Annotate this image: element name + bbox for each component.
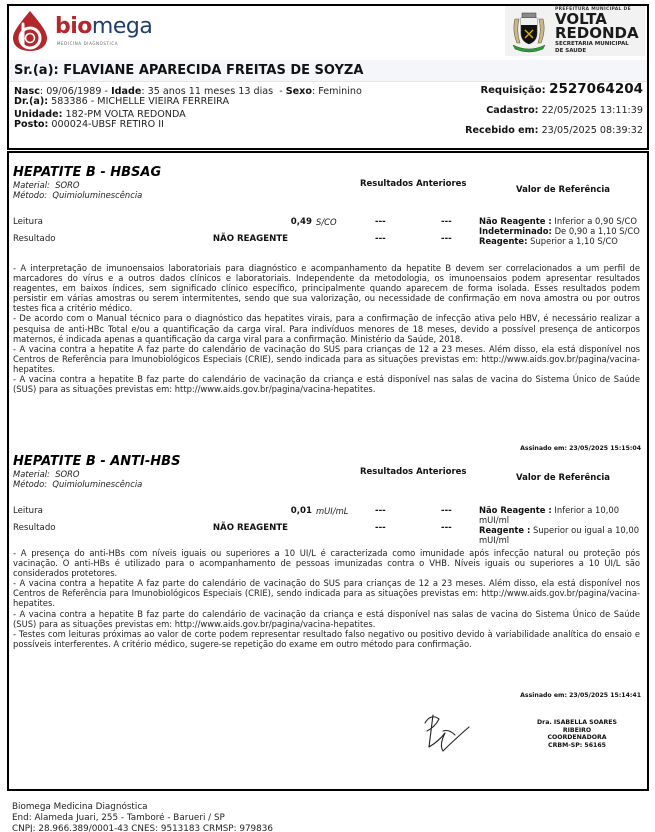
reference-values: Não Reagente : Inferior a 0,90 S/CO Inde… [479, 216, 647, 246]
reference-item: Não Reagente : Inferior a 10,00 mUI/ml [479, 505, 647, 525]
requisition-number: Requisição: 2527064204 [480, 81, 643, 97]
note-paragraph: - Testes com leituras próximas ao valor … [13, 629, 640, 649]
resultado-label: Resultado [13, 234, 56, 244]
leitura-unit: mUI/mL [316, 506, 348, 516]
leitura-label: Leitura [13, 506, 43, 516]
exam-material: Material: SORO [13, 180, 80, 190]
prev-result-1: --- [375, 506, 386, 516]
exam-notes: - A presença do anti-HBs com níveis igua… [13, 548, 640, 649]
volta-redonda-logo: PREFEITURA MUNICIPAL DE VOLTA REDONDA SE… [505, 6, 645, 56]
city-crest-icon [509, 9, 549, 53]
exam-title: HEPATITE B - ANTI-HBS [13, 454, 180, 469]
reference-item: Reagente: Superior a 1,10 S/CO [479, 236, 647, 246]
brand-tagline: MEDICINA DIAGNÓSTICA [57, 41, 152, 46]
signature-image [409, 701, 479, 761]
previous-results-header: Resultados Anteriores [360, 467, 467, 477]
resultado-label: Resultado [13, 523, 56, 533]
exam-title: HEPATITE B - HBSAG [13, 165, 161, 180]
note-paragraph: - A vacina contra a hepatite B faz parte… [13, 609, 640, 629]
received-date: Recebido em: 23/05/2025 08:39:32 [465, 125, 643, 136]
patient-posto: Posto: 000024-UBSF RETIRO II [14, 119, 164, 130]
signed-timestamp: Assinado em: 23/05/2025 15:15:04 [520, 445, 641, 452]
patient-doctor: Dr.(a): 583386 - MICHELLE VIEIRA FERREIR… [14, 96, 229, 107]
reference-item: Reagente : Superior ou igual a 10,00 mUI… [479, 525, 647, 545]
reference-item: Não Reagente : Inferior a 0,90 S/CO [479, 216, 647, 226]
prev-result-1: --- [375, 523, 386, 533]
reference-item: Indeterminado: De 0,90 a 1,10 S/CO [479, 226, 647, 236]
exam-method: Método: Quimioluminescência [13, 479, 142, 489]
report-header: biomega MEDICINA DIAGNÓSTICA PREFEITURA … [0, 0, 655, 60]
resultado-value: NÃO REAGENTE [213, 234, 288, 244]
resultado-value: NÃO REAGENTE [213, 523, 288, 533]
brand-name: biomega [55, 16, 152, 38]
leitura-unit: S/CO [316, 217, 337, 227]
prev-result-2: --- [441, 506, 452, 516]
exam-notes: - A interpretação de imunoensaios labora… [13, 263, 640, 394]
footer-lab-info: Biomega Medicina Diagnóstica End: Alamed… [12, 802, 273, 832]
reference-values: Não Reagente : Inferior a 10,00 mUI/ml R… [479, 505, 647, 545]
note-paragraph: - A vacina contra a hepatite A faz parte… [13, 578, 640, 608]
leitura-value: 0,01 [291, 506, 312, 516]
dept-line-2: DE SAUDE [555, 48, 639, 54]
signer-role: COORDENADORA [522, 734, 632, 742]
exam-method: Método: Quimioluminescência [13, 190, 142, 200]
previous-results-header: Resultados Anteriores [360, 179, 467, 189]
signer-name: Dra. ISABELLA SOARES RIBEIRO [522, 719, 632, 734]
signed-timestamp: Assinado em: 23/05/2025 15:14:41 [520, 692, 641, 699]
leitura-label: Leitura [13, 217, 43, 227]
prev-result-1: --- [375, 217, 386, 227]
footer-address: End: Alameda Juari, 255 - Tamboré - Baru… [12, 813, 273, 824]
signer-registry: CRBM-SP: 56165 [522, 742, 632, 750]
prev-result-2: --- [441, 234, 452, 244]
signer-block: Dra. ISABELLA SOARES RIBEIRO COORDENADOR… [522, 719, 632, 749]
note-paragraph: - A vacina contra a hepatite A faz parte… [13, 344, 640, 374]
prev-result-1: --- [375, 234, 386, 244]
patient-title-bar: Sr.(a): FLAVIANE APARECIDA FREITAS DE SO… [9, 60, 647, 82]
footer-lab-name: Biomega Medicina Diagnóstica [12, 802, 273, 813]
reference-header: Valor de Referência [516, 473, 610, 483]
exam-material: Material: SORO [13, 469, 80, 479]
footer-registry: CNPJ: 28.966.389/0001-43 CNES: 9513183 C… [12, 824, 273, 832]
prev-result-2: --- [441, 523, 452, 533]
leitura-value: 0,49 [291, 217, 312, 227]
reference-header: Valor de Referência [516, 185, 610, 195]
note-paragraph: - De acordo com o Manual técnico para o … [13, 313, 640, 343]
note-paragraph: - A presença do anti-HBs com níveis igua… [13, 548, 640, 578]
biomega-drop-icon [11, 10, 49, 52]
dept-line-1: SECRETARIA MUNICIPAL [555, 41, 639, 47]
city-line-2: REDONDA [555, 26, 639, 40]
cadastro-date: Cadastro: 22/05/2025 13:11:39 [486, 105, 643, 116]
note-paragraph: - A interpretação de imunoensaios labora… [13, 263, 640, 313]
results-section: HEPATITE B - HBSAG Material: SORO Método… [7, 151, 649, 791]
patient-info: Sr.(a): FLAVIANE APARECIDA FREITAS DE SO… [7, 60, 649, 150]
note-paragraph: - A vacina contra a hepatite B faz parte… [13, 374, 640, 394]
biomega-logo: biomega MEDICINA DIAGNÓSTICA [11, 10, 152, 52]
prev-result-2: --- [441, 217, 452, 227]
patient-name: Sr.(a): FLAVIANE APARECIDA FREITAS DE SO… [14, 63, 363, 78]
